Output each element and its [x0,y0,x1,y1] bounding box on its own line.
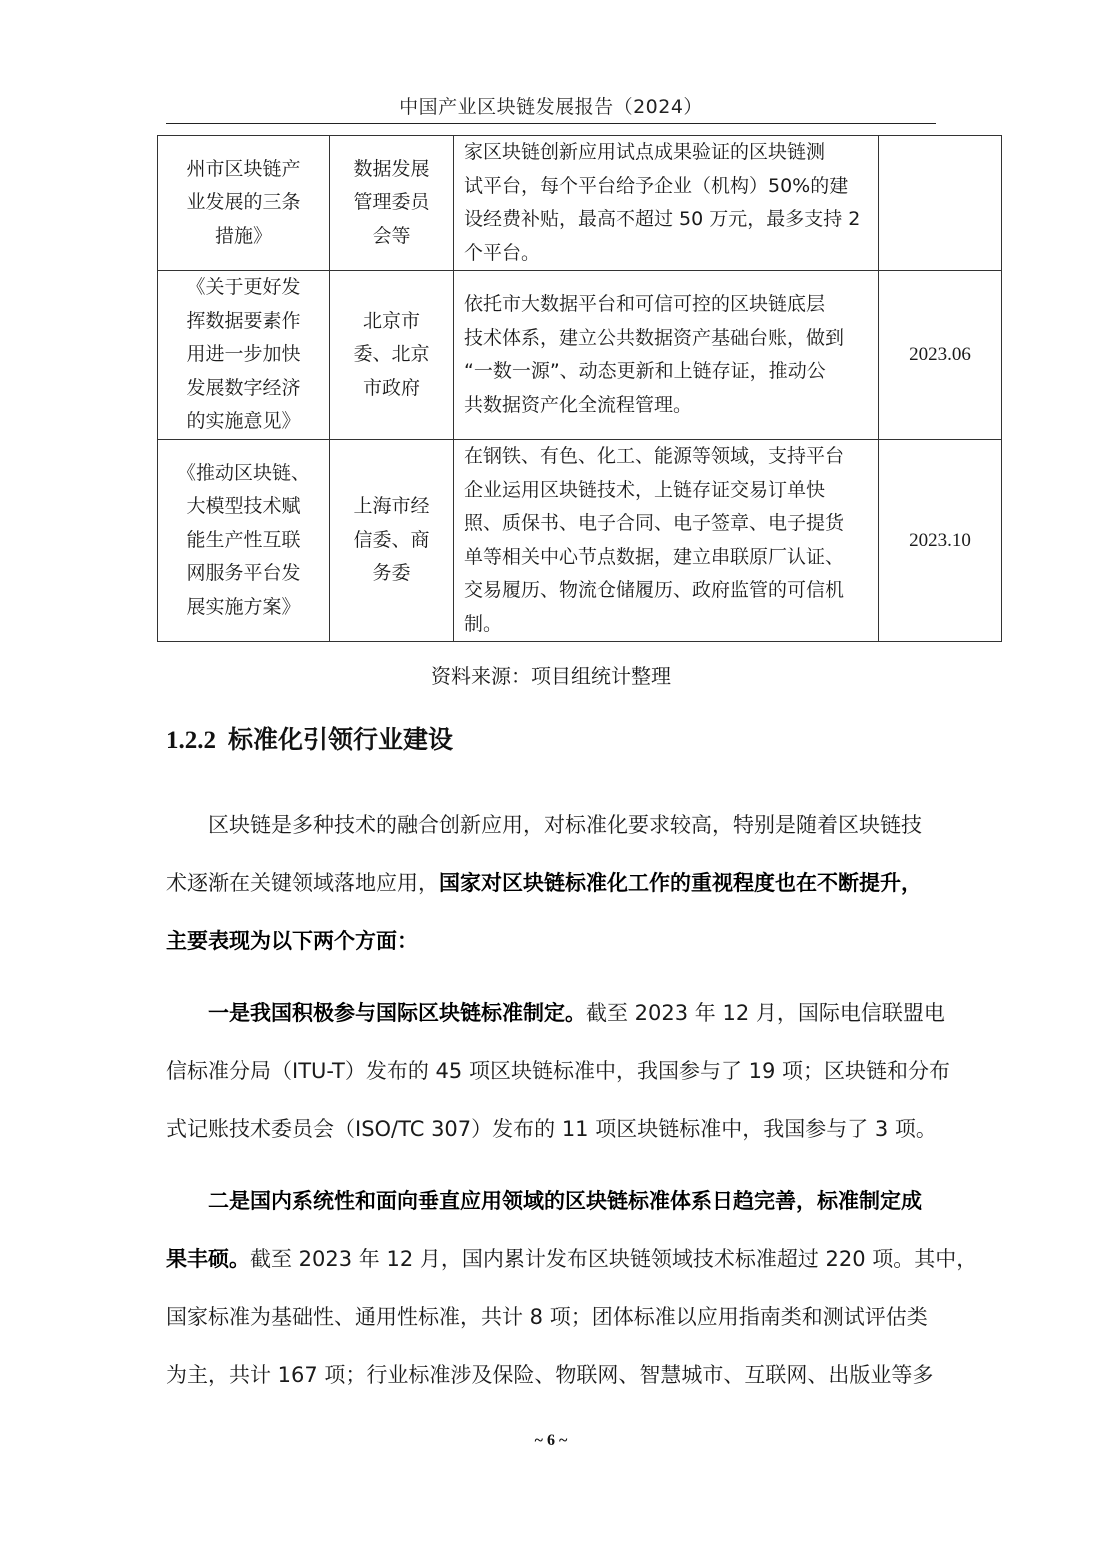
policy-name-cell: 《关于更好发 挥数据要素作 用进一步加快 发展数字经济 的实施意见》 [158,271,330,440]
page-number: ~ 6 ~ [0,1432,1102,1450]
section-number: 1.2.2 [166,727,216,754]
content-cell: 家区块链创新应用试点成果验证的区块链测 试平台，每个平台给予企业（机构）50%的… [454,136,879,271]
header-rule [166,123,936,124]
running-header: 中国产业区块链发展报告（2024） [166,92,936,119]
policy-name-cell: 《推动区块链、 大模型技术赋 能生产性互联 网服务平台发 展实施方案》 [158,440,330,642]
issuer-cell: 上海市经 信委、商 务委 [330,440,454,642]
policy-table: 州市区块链产 业发展的三条 措施》 数据发展 管理委员 会等 家区块链创新应用试… [157,135,1002,642]
section-title: 标准化引领行业建设 [228,725,453,754]
section-heading: 1.2.2标准化引领行业建设 [166,720,453,756]
table-row: 《关于更好发 挥数据要素作 用进一步加快 发展数字经济 的实施意见》 北京市 委… [158,271,1002,440]
issuer-cell: 数据发展 管理委员 会等 [330,136,454,271]
date-cell [879,136,1002,271]
policy-name-cell: 州市区块链产 业发展的三条 措施》 [158,136,330,271]
content-cell: 在钢铁、有色、化工、能源等领域，支持平台 企业运用区块链技术，上链存证交易订单快… [454,440,879,642]
date-cell: 2023.06 [879,271,1002,440]
table-source-caption: 资料来源：项目组统计整理 [0,660,1102,689]
date-cell: 2023.10 [879,440,1002,642]
table-row: 《推动区块链、 大模型技术赋 能生产性互联 网服务平台发 展实施方案》 上海市经… [158,440,1002,642]
table-row: 州市区块链产 业发展的三条 措施》 数据发展 管理委员 会等 家区块链创新应用试… [158,136,1002,271]
issuer-cell: 北京市 委、北京 市政府 [330,271,454,440]
content-cell: 依托市大数据平台和可信可控的区块链底层 技术体系，建立公共数据资产基础台账，做到… [454,271,879,440]
